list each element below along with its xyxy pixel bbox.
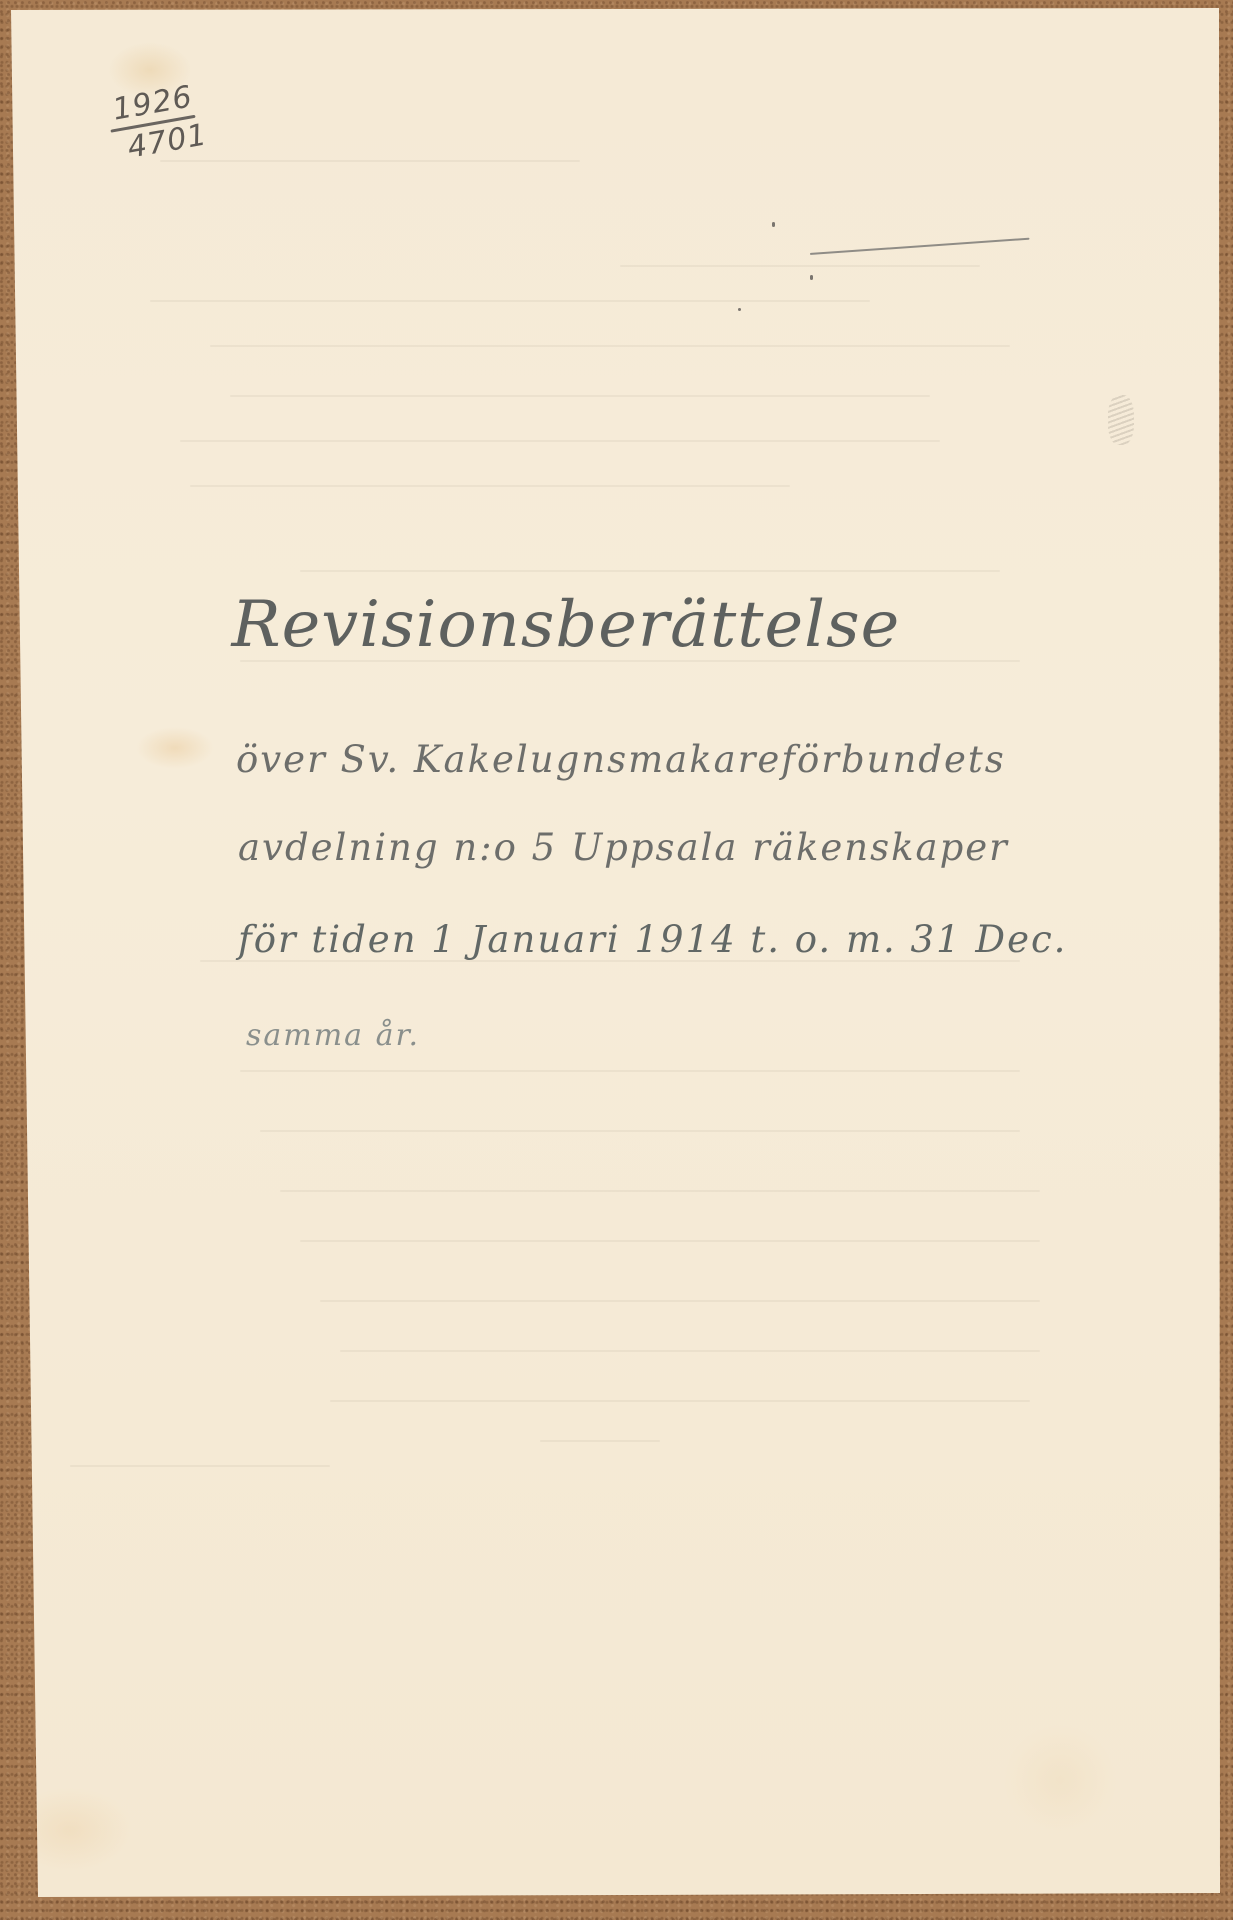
document-page: 1926 4701 Revisionsberättelse över Sv. K… xyxy=(0,0,1233,1920)
bleed-through-line xyxy=(620,265,980,267)
bleed-through-line xyxy=(210,345,1010,347)
body-line-3: för tiden 1 Januari 1914 t. o. m. 31 Dec… xyxy=(238,918,1067,961)
ink-smudge xyxy=(1108,395,1134,445)
bleed-through-line xyxy=(320,1300,1040,1302)
bleed-through-line xyxy=(190,485,790,487)
bleed-through-line xyxy=(230,395,930,397)
bleed-through-line xyxy=(330,1400,1030,1402)
bleed-through-line xyxy=(240,1070,1020,1072)
pencil-mark xyxy=(738,308,741,311)
document-title: Revisionsberättelse xyxy=(231,588,900,662)
bleed-through-line xyxy=(300,1240,1040,1242)
body-line-1: över Sv. Kakelugnsmakareförbundets xyxy=(236,738,1006,781)
body-line-2: avdelning n:o 5 Uppsala räkenskaper xyxy=(238,826,1009,869)
bleed-through-line xyxy=(340,1350,1040,1352)
bleed-through-line xyxy=(70,1465,330,1467)
archive-number: 1926 4701 xyxy=(105,80,216,166)
pencil-mark xyxy=(810,275,813,280)
pencil-mark xyxy=(772,222,775,227)
bleed-through-line xyxy=(160,160,580,162)
bleed-through-line xyxy=(150,300,870,302)
bleed-through-line xyxy=(260,1130,1020,1132)
bleed-through-line xyxy=(540,1440,660,1442)
pencil-stroke xyxy=(810,238,1030,255)
bleed-through-line xyxy=(180,440,940,442)
body-line-4: samma år. xyxy=(246,1018,420,1053)
bleed-through-line xyxy=(300,570,1000,572)
bleed-through-line xyxy=(280,1190,1040,1192)
